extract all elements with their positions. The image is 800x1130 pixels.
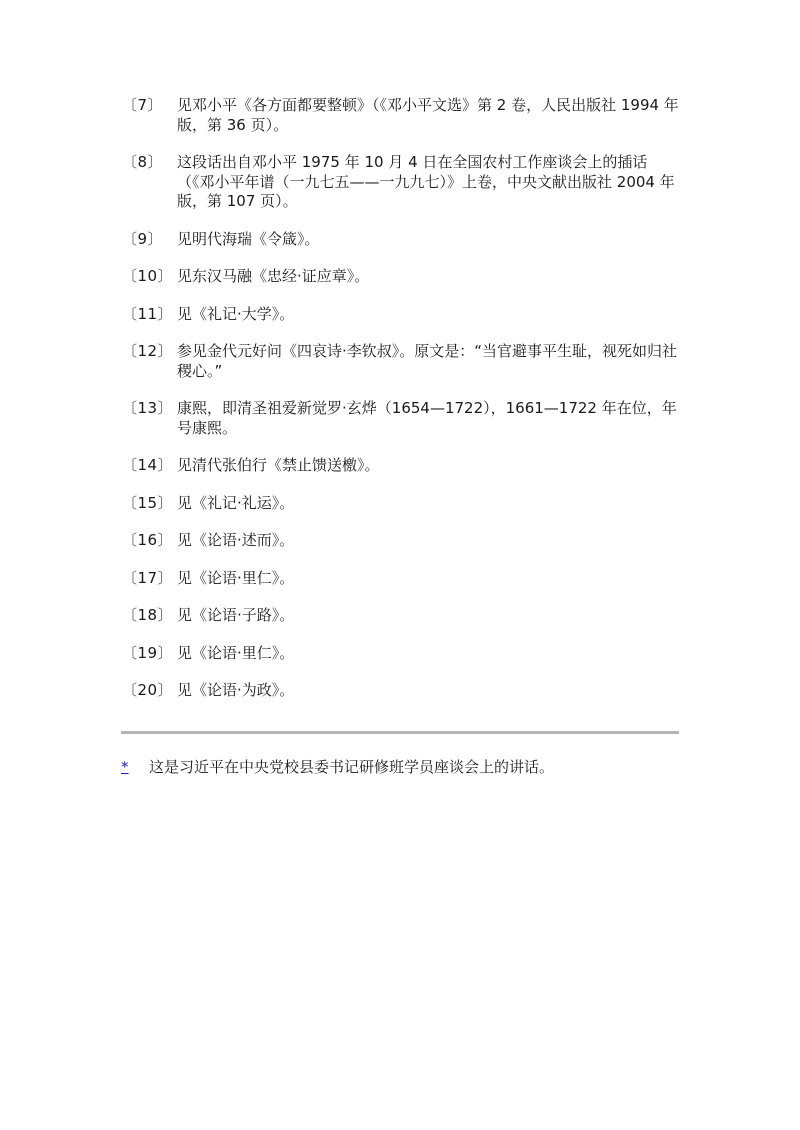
endnote-text: 见《论语·述而》。: [177, 531, 682, 551]
endnote-text: 见《礼记·礼运》。: [177, 494, 682, 514]
endnote-text: 见明代海瑞《令箴》。: [177, 230, 682, 250]
endnote-16: 〔16〕 见《论语·述而》。: [122, 531, 682, 551]
endnote-number: 〔16〕: [122, 531, 177, 551]
endnote-number: 〔14〕: [122, 456, 177, 476]
endnote-text: 见《论语·为政》。: [177, 681, 682, 701]
endnote-number: 〔20〕: [122, 681, 177, 701]
endnote-11: 〔11〕 见《礼记·大学》。: [122, 305, 682, 325]
endnote-20: 〔20〕 见《论语·为政》。: [122, 681, 682, 701]
endnote-14: 〔14〕 见清代张伯行《禁止馈送檄》。: [122, 456, 682, 476]
endnotes-list: 〔7〕 见邓小平《各方面都要整顿》（《邓小平文选》第 2 卷，人民出版社 199…: [122, 96, 682, 719]
endnote-number: 〔10〕: [122, 267, 177, 287]
endnote-number: 〔18〕: [122, 606, 177, 626]
footnote: * 这是习近平在中央党校县委书记研修班学员座谈会上的讲话。: [121, 758, 554, 777]
endnote-number: 〔11〕: [122, 305, 177, 325]
footnote-backlink[interactable]: *: [121, 758, 149, 777]
endnote-text: 见《论语·里仁》。: [177, 644, 682, 664]
endnote-number: 〔12〕: [122, 342, 177, 381]
endnote-number: 〔19〕: [122, 644, 177, 664]
endnote-text: 见清代张伯行《禁止馈送檄》。: [177, 456, 682, 476]
endnote-text: 见邓小平《各方面都要整顿》（《邓小平文选》第 2 卷，人民出版社 1994 年版…: [177, 96, 682, 135]
endnote-7: 〔7〕 见邓小平《各方面都要整顿》（《邓小平文选》第 2 卷，人民出版社 199…: [122, 96, 682, 135]
endnote-8: 〔8〕 这段话出自邓小平 1975 年 10 月 4 日在全国农村工作座谈会上的…: [122, 153, 682, 212]
endnote-text: 见《论语·里仁》。: [177, 569, 682, 589]
endnote-15: 〔15〕 见《礼记·礼运》。: [122, 494, 682, 514]
footnote-text: 这是习近平在中央党校县委书记研修班学员座谈会上的讲话。: [149, 758, 554, 777]
endnote-text: 见东汉马融《忠经·证应章》。: [177, 267, 682, 287]
endnote-13: 〔13〕 康熙，即清圣祖爱新觉罗·玄烨（1654—1722），1661—1722…: [122, 399, 682, 438]
endnote-text: 这段话出自邓小平 1975 年 10 月 4 日在全国农村工作座谈会上的插话（《…: [177, 153, 682, 212]
endnote-18: 〔18〕 见《论语·子路》。: [122, 606, 682, 626]
endnote-text: 参见金代元好问《四哀诗·李钦叔》。原文是：“当官避事平生耻，视死如归社稷心。”: [177, 342, 682, 381]
endnote-text: 见《礼记·大学》。: [177, 305, 682, 325]
endnote-17: 〔17〕 见《论语·里仁》。: [122, 569, 682, 589]
endnote-10: 〔10〕 见东汉马融《忠经·证应章》。: [122, 267, 682, 287]
endnote-9: 〔9〕 见明代海瑞《令箴》。: [122, 230, 682, 250]
endnote-12: 〔12〕 参见金代元好问《四哀诗·李钦叔》。原文是：“当官避事平生耻，视死如归社…: [122, 342, 682, 381]
endnote-number: 〔8〕: [122, 153, 177, 212]
endnote-number: 〔15〕: [122, 494, 177, 514]
endnote-text: 见《论语·子路》。: [177, 606, 682, 626]
endnote-number: 〔7〕: [122, 96, 177, 135]
endnote-19: 〔19〕 见《论语·里仁》。: [122, 644, 682, 664]
endnote-number: 〔9〕: [122, 230, 177, 250]
endnote-number: 〔13〕: [122, 399, 177, 438]
endnote-number: 〔17〕: [122, 569, 177, 589]
endnote-text: 康熙，即清圣祖爱新觉罗·玄烨（1654—1722），1661—1722 年在位，…: [177, 399, 682, 438]
footnote-divider: [121, 731, 679, 734]
